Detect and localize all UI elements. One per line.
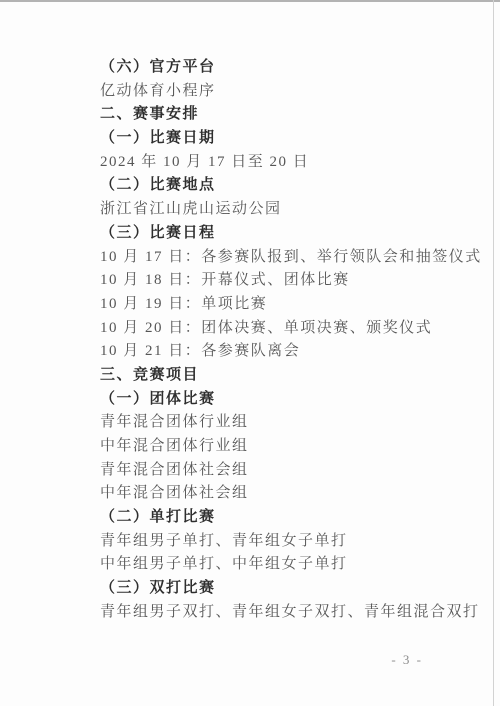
doc-body-line: 中年混合团体行业组 [100,435,440,459]
doc-body-line: 10 月 21 日：各参赛队离会 [100,340,440,364]
doc-body-line: 青年混合团体社会组 [100,459,440,483]
doc-heading-line: 三、竞赛项目 [100,364,440,388]
doc-body-line: 浙江省江山虎山运动公园 [100,198,440,222]
doc-body-line: 10 月 17 日：各参赛队报到、举行领队会和抽签仪式 [100,246,440,270]
doc-heading-line: （三）双打比赛 [100,577,440,601]
doc-body-line: 10 月 18 日：开幕仪式、团体比赛 [100,269,440,293]
page-right-edge-line [493,0,494,706]
doc-heading-line: （一）团体比赛 [100,388,440,412]
doc-body-line: 青年混合团体行业组 [100,411,440,435]
page-number: - 3 - [391,652,423,668]
doc-body-line: 青年组男子双打、青年组女子双打、青年组混合双打 [100,601,440,625]
doc-body-line: 亿动体育小程序 [100,80,440,104]
doc-heading-line: （三）比赛日程 [100,222,440,246]
document-content: （六）官方平台亿动体育小程序二、赛事安排（一）比赛日期2024 年 10 月 1… [100,56,440,625]
doc-heading-line: （二）单打比赛 [100,506,440,530]
doc-body-line: 中年混合团体社会组 [100,482,440,506]
page-top-edge-line [0,0,500,2]
doc-body-line: 青年组男子单打、青年组女子单打 [100,530,440,554]
document-page: （六）官方平台亿动体育小程序二、赛事安排（一）比赛日期2024 年 10 月 1… [0,0,500,706]
doc-body-line: 2024 年 10 月 17 日至 20 日 [100,151,440,175]
doc-heading-line: （二）比赛地点 [100,174,440,198]
doc-heading-line: （六）官方平台 [100,56,440,80]
doc-body-line: 10 月 19 日：单项比赛 [100,293,440,317]
doc-body-line: 中年组男子单打、中年组女子单打 [100,553,440,577]
doc-heading-line: （一）比赛日期 [100,127,440,151]
doc-body-line: 10 月 20 日：团体决赛、单项决赛、颁奖仪式 [100,317,440,341]
doc-heading-line: 二、赛事安排 [100,103,440,127]
